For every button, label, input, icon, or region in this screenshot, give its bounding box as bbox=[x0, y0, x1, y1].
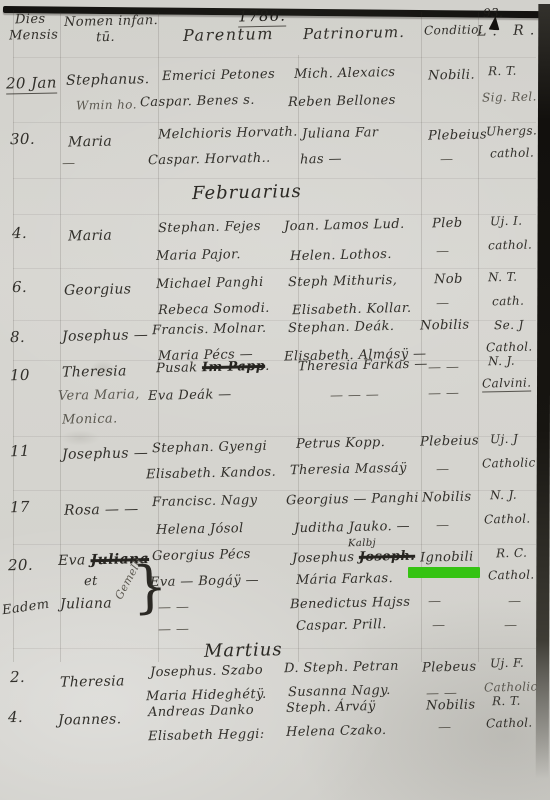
col-header-infant-line1: Nomen infan. bbox=[64, 13, 158, 30]
entry-4-religion-2: Cathol. bbox=[486, 340, 533, 355]
entry-5-condition-2: — — bbox=[428, 386, 460, 402]
entry-6-condition-2: — bbox=[436, 462, 450, 477]
entry-7-condition-1: Nobilis bbox=[422, 489, 472, 505]
entry-2-condition-2: — bbox=[436, 244, 450, 259]
entry-6-parents-2: Elisabeth. Kandos. bbox=[146, 465, 276, 483]
entry-6-religion-1: Uj. J bbox=[490, 432, 519, 447]
entry-0-condition-1: Nobili. bbox=[428, 68, 475, 84]
col-header-day-line1: Dies bbox=[15, 12, 46, 28]
section-februarius: Februarius bbox=[192, 181, 302, 204]
entry-7-religion-2: Cathol. bbox=[484, 512, 531, 527]
entry-10-religion-1: R. T. bbox=[492, 694, 521, 709]
entry-8-infant-name-2: et bbox=[84, 574, 98, 589]
entry-8-godparents-1-pre: Josephus bbox=[292, 550, 359, 566]
entry-0-date: 20 Jan bbox=[6, 73, 57, 94]
entry-8-religion-4: — bbox=[504, 618, 518, 633]
register-page-scan: Dies Mensis Nomen infan. tū. 1786. Paren… bbox=[0, 0, 550, 800]
entry-1-religion-1: Uhergs. bbox=[486, 123, 537, 138]
entry-8-religion-1: R. C. bbox=[496, 546, 528, 561]
entry-6-godparents-1: Petrus Kopp. bbox=[296, 435, 386, 452]
entry-7-date: 17 bbox=[10, 498, 30, 516]
entry-9-godparents-1: D. Steph. Petran bbox=[284, 659, 399, 676]
entry-1-infant-name-1: Maria bbox=[68, 134, 113, 151]
entry-4-date: 8. bbox=[10, 328, 25, 346]
entry-7-godparents-2: Juditha Jauko. — bbox=[294, 519, 410, 536]
entry-8-parents-3: — — bbox=[158, 600, 190, 616]
entry-1-parents-1: Melchioris Horvath. bbox=[158, 125, 298, 143]
entry-0-parents-1: Emerici Petones bbox=[162, 67, 275, 84]
entry-1-parents-2: Caspar. Horvath.. bbox=[148, 151, 271, 169]
entry-8-godparents-3: Benedictus Hajss bbox=[290, 595, 411, 613]
entry-7-godparents-1: Georgius — Panghi bbox=[286, 491, 419, 509]
entry-2-parents-1: Stephan. Fejes bbox=[158, 219, 261, 236]
entry-6-condition-1: Plebeius bbox=[420, 433, 479, 449]
col-header-day-line2: Mensis bbox=[9, 27, 59, 43]
entry-5-infant-name-2: Vera Maria, bbox=[58, 387, 140, 404]
entry-2-godparents-1: Joan. Lamos Lud. bbox=[284, 217, 405, 235]
entry-5-infant-name-1: Theresia bbox=[62, 363, 127, 380]
entry-10-religion-2: Cathol. bbox=[486, 716, 533, 731]
entry-0-parents-2: Caspar. Benes s. bbox=[140, 93, 255, 110]
section-martius: Martius bbox=[204, 639, 283, 662]
entry-5-religion-1: N. J. bbox=[488, 354, 515, 369]
entry-9-infant-name-1: Theresia bbox=[60, 673, 125, 690]
entry-1-infant-name-2: — bbox=[62, 156, 76, 171]
row-rule bbox=[13, 122, 536, 123]
entry-9-condition-1: Plebeus bbox=[422, 659, 477, 675]
entry-8-parents-1: Georgius Pécs bbox=[152, 547, 251, 564]
entry-9-parents-1: Josephus. Szabo bbox=[150, 663, 263, 680]
entry-2-godparents-2: Helen. Lothos. bbox=[290, 247, 392, 264]
entry-2-religion-1: Uj. I. bbox=[490, 214, 523, 229]
entry-8-condition-3: — bbox=[432, 618, 446, 633]
row-rule bbox=[13, 544, 536, 545]
entry-5-infant-name-3: Monica. bbox=[62, 411, 118, 427]
col-header-religion: L. R. bbox=[477, 22, 541, 39]
entry-5-parents-1-struck: Im Papp bbox=[202, 359, 266, 375]
entry-2-date: 4. bbox=[12, 224, 27, 242]
entry-8-godparents-2: Mária Farkas. bbox=[296, 571, 393, 588]
entry-8-parents-2: Eva — Bogáÿ — bbox=[150, 573, 259, 590]
entry-4-condition-1: Nobilis bbox=[420, 317, 470, 333]
entry-5-parents-1: Pusak Im Papp. bbox=[156, 359, 270, 376]
entry-5-parents-2: Eva Deák — bbox=[148, 387, 232, 404]
paper-stain bbox=[60, 430, 100, 446]
entry-3-parents-1: Michael Panghi bbox=[156, 275, 264, 292]
entry-10-godparents-2: Helena Czako. bbox=[286, 723, 387, 740]
entry-8-infant-name-3: Juliana bbox=[60, 595, 112, 612]
entry-2-condition-1: Pleb bbox=[432, 216, 463, 232]
entry-8-religion-2: Cathol. bbox=[488, 568, 535, 583]
entry-1-godparents-1: Juliana Far bbox=[302, 125, 379, 142]
entry-8-infant-name-1-pre: Eva bbox=[58, 552, 91, 569]
entry-10-condition-1: Nobilis bbox=[426, 697, 476, 713]
entry-1-date: 30. bbox=[10, 130, 35, 149]
entry-10-parents-1: Andreas Danko bbox=[148, 703, 254, 720]
entry-8-godparents-1-struck: Joseph. bbox=[359, 549, 416, 565]
entry-3-religion-1: N. T. bbox=[488, 270, 518, 285]
entry-6-infant-name-1: Josephus — bbox=[62, 445, 148, 463]
entry-8-godparents-4: Caspar. Prill. bbox=[296, 617, 387, 634]
entry-8-condition-1: Ignobili bbox=[420, 549, 474, 565]
entry-0-infant-name-2: Wmin ho. bbox=[76, 97, 137, 112]
entry-2-infant-name-1: Maria bbox=[68, 228, 113, 245]
entry-5-godparents-1: Theresia Farkas — bbox=[298, 357, 428, 375]
entry-8-godparents-1: Josephus Joseph. bbox=[292, 549, 415, 567]
entry-3-condition-1: Nob bbox=[434, 272, 463, 288]
entry-8-date: 20. bbox=[8, 556, 33, 575]
page-edge-shadow bbox=[536, 4, 550, 779]
entry-9-parents-2: Maria Hideghétÿ. bbox=[146, 687, 267, 705]
entry-8-godparents-1-sup: Kalbj bbox=[348, 538, 376, 550]
entry-10-parents-2: Elisabeth Heggi: bbox=[148, 727, 265, 744]
entry-0-religion-2: Sig. Rel. bbox=[482, 89, 537, 104]
entry-5-condition-1: — — bbox=[428, 360, 460, 376]
entry-8-parents-4: — — bbox=[158, 622, 190, 638]
entry-0-religion-1: R. T. bbox=[488, 64, 517, 79]
row-rule bbox=[13, 178, 536, 179]
entry-8-religion-3: — bbox=[508, 594, 522, 609]
entry-8-date-eadem: Eadem bbox=[1, 597, 50, 618]
entry-0-godparents-2: Reben Bellones bbox=[288, 93, 396, 110]
entry-0-infant-name-1: Stephanus. bbox=[66, 71, 150, 89]
entry-3-parents-2: Rebeca Somodi. bbox=[158, 301, 270, 318]
entry-3-godparents-2: Elisabeth. Kollar. bbox=[292, 301, 412, 318]
col-header-parents: Parentum bbox=[183, 24, 274, 45]
highlight-marker bbox=[408, 567, 480, 578]
entry-9-religion-1: Uj. F. bbox=[490, 656, 524, 671]
entry-2-parents-2: Maria Pajor. bbox=[156, 247, 241, 264]
col-header-godparents: Patrinorum. bbox=[303, 23, 405, 43]
entry-7-condition-2: — bbox=[436, 518, 450, 533]
entry-3-godparents-1: Steph Mithuris, bbox=[288, 273, 398, 290]
entry-2-religion-2: cathol. bbox=[488, 238, 532, 253]
col-header-condition: Conditio. bbox=[424, 22, 483, 37]
entry-10-infant-name-1: Joannes. bbox=[58, 711, 122, 728]
entry-3-infant-name-1: Georgius bbox=[64, 281, 132, 298]
entry-6-godparents-2: Theresia Massáÿ bbox=[290, 461, 407, 478]
ink-blot bbox=[489, 16, 501, 31]
entry-1-condition-1: Plebeius bbox=[428, 127, 487, 143]
entry-9-religion-2: Catholic bbox=[484, 679, 538, 694]
entry-4-infant-name-1: Josephus — bbox=[62, 327, 148, 345]
entry-0-godparents-1: Mich. Alexaics bbox=[294, 65, 396, 82]
entry-7-infant-name-1: Rosa — — bbox=[64, 501, 139, 519]
entry-5-parents-1-post: . bbox=[265, 359, 270, 374]
entry-1-condition-2: — bbox=[440, 152, 454, 167]
entry-3-religion-2: cath. bbox=[492, 294, 525, 309]
entry-5-religion-2: Calvini. bbox=[482, 375, 532, 392]
entry-3-date: 6. bbox=[12, 278, 27, 296]
entry-7-parents-1: Francisc. Nagy bbox=[152, 493, 258, 510]
entry-10-condition-2: — bbox=[438, 720, 452, 735]
entry-10-godparents-1: Steph. Árváÿ bbox=[286, 699, 376, 716]
entry-5-parents-1-pre: Pusak bbox=[156, 360, 202, 376]
entry-4-religion-1: Se. J bbox=[494, 318, 524, 333]
column-rule bbox=[478, 12, 479, 662]
entry-10-date: 4. bbox=[8, 708, 23, 726]
entry-9-date: 2. bbox=[10, 668, 25, 686]
row-rule bbox=[13, 57, 536, 58]
entry-5-godparents-2: — — — bbox=[330, 387, 380, 403]
entry-7-religion-1: N. J. bbox=[490, 488, 517, 503]
col-header-infant-line2: tū. bbox=[96, 30, 115, 45]
entry-4-godparents-1: Stephan. Deák. bbox=[288, 319, 395, 336]
entry-4-parents-1: Francis. Molnar. bbox=[152, 321, 267, 338]
entry-3-condition-2: — bbox=[436, 296, 450, 311]
entry-1-religion-2: cathol. bbox=[490, 146, 534, 161]
entry-6-date: 11 bbox=[10, 442, 30, 460]
entry-6-parents-1: Stephan. Gyengi bbox=[152, 439, 267, 456]
entry-6-religion-2: Catholic bbox=[482, 455, 536, 470]
entry-9-godparents-2: Susanna Nagy. bbox=[288, 683, 391, 700]
entry-7-parents-2: Helena Jósol bbox=[156, 521, 244, 538]
entry-1-godparents-2: has — bbox=[300, 152, 342, 168]
entry-8-condition-2: — bbox=[428, 594, 442, 609]
row-rule bbox=[13, 268, 536, 269]
entry-5-date: 10 bbox=[10, 366, 30, 384]
